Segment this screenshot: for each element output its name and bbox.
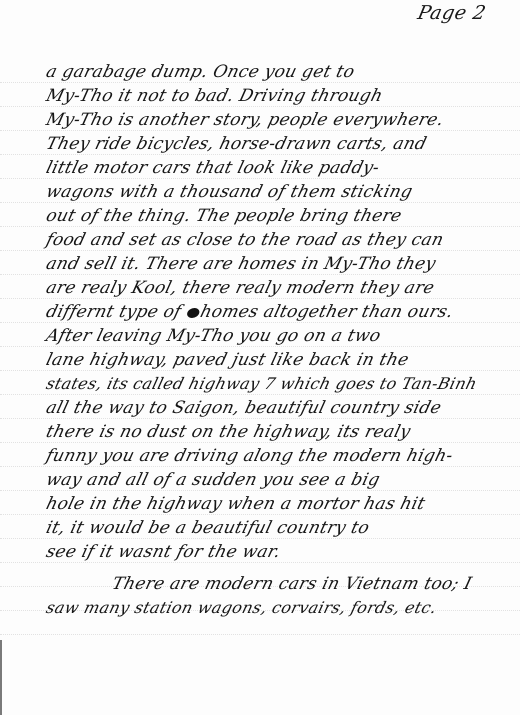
ruled-line	[0, 154, 520, 155]
letter-line: out of the thing. The people bring there	[44, 206, 404, 226]
letter-line: hole in the highway when a mortor has hi…	[44, 494, 427, 514]
scan-edge-shadow	[0, 640, 2, 715]
letter-line: They ride bicycles, horse-drawn carts, a…	[44, 134, 429, 154]
ruled-line	[0, 466, 520, 467]
ruled-line	[0, 394, 520, 395]
ruled-line	[0, 82, 520, 83]
ruled-line	[0, 298, 520, 299]
ruled-line	[0, 322, 520, 323]
letter-line: all the way to Saigon, beautiful country…	[44, 398, 444, 418]
letter-line: After leaving My-Tho you go on a two	[44, 326, 383, 346]
ruled-line	[0, 106, 520, 107]
ruled-line	[0, 250, 520, 251]
letter-line: see if it wasnt for the war.	[44, 542, 283, 562]
letter-line: way and all of a sudden you see a big	[44, 470, 382, 490]
ruled-line	[0, 130, 520, 131]
ruled-line	[0, 226, 520, 227]
ruled-line	[0, 202, 520, 203]
letter-line: food and set as close to the road as the…	[44, 230, 446, 250]
letter-line: states, its called highway 7 which goes …	[44, 374, 479, 394]
ruled-line	[0, 562, 520, 563]
page-number: Page 2	[416, 2, 488, 24]
letter-line: and sell it. There are homes in My-Tho t…	[44, 254, 438, 274]
letter-line: little motor cars that look like paddy-	[44, 158, 382, 178]
letter-line: There are modern cars in Vietnam too; I	[110, 574, 474, 594]
letter-line: My-Tho it not to bad. Driving through	[44, 86, 385, 106]
ruled-line	[0, 418, 520, 419]
letter-line: a garabage dump. Once you get to	[44, 62, 357, 82]
letter-line: funny you are driving along the modern h…	[44, 446, 455, 466]
ruled-line	[0, 274, 520, 275]
ruled-line	[0, 490, 520, 491]
ruled-line	[0, 346, 520, 347]
ruled-line	[0, 514, 520, 515]
letter-line: saw many station wagons, corvairs, fords…	[44, 598, 439, 618]
letter-line: are realy Kool, there realy modern they …	[44, 278, 436, 298]
letter-line: it, it would be a beautiful country to	[44, 518, 372, 538]
letter-line-segment: differnt type of	[44, 302, 183, 322]
ruled-line	[0, 370, 520, 371]
ruled-line	[0, 442, 520, 443]
handwritten-letter-page: Page 2 a garabage dump. Once you get to …	[0, 0, 520, 715]
letter-line: lane highway, paved just like back in th…	[44, 350, 411, 370]
letter-line: My-Tho is another story, people everywhe…	[44, 110, 446, 130]
letter-line: there is no dust on the highway, its rea…	[44, 422, 413, 442]
letter-line-segment: homes altogether than ours.	[198, 302, 455, 322]
ruled-line	[0, 178, 520, 179]
ruled-line	[0, 538, 520, 539]
ruled-line	[0, 634, 520, 635]
letter-line: differnt type of homes altogether than o…	[44, 302, 455, 322]
letter-line: wagons with a thousand of them sticking	[44, 182, 415, 202]
